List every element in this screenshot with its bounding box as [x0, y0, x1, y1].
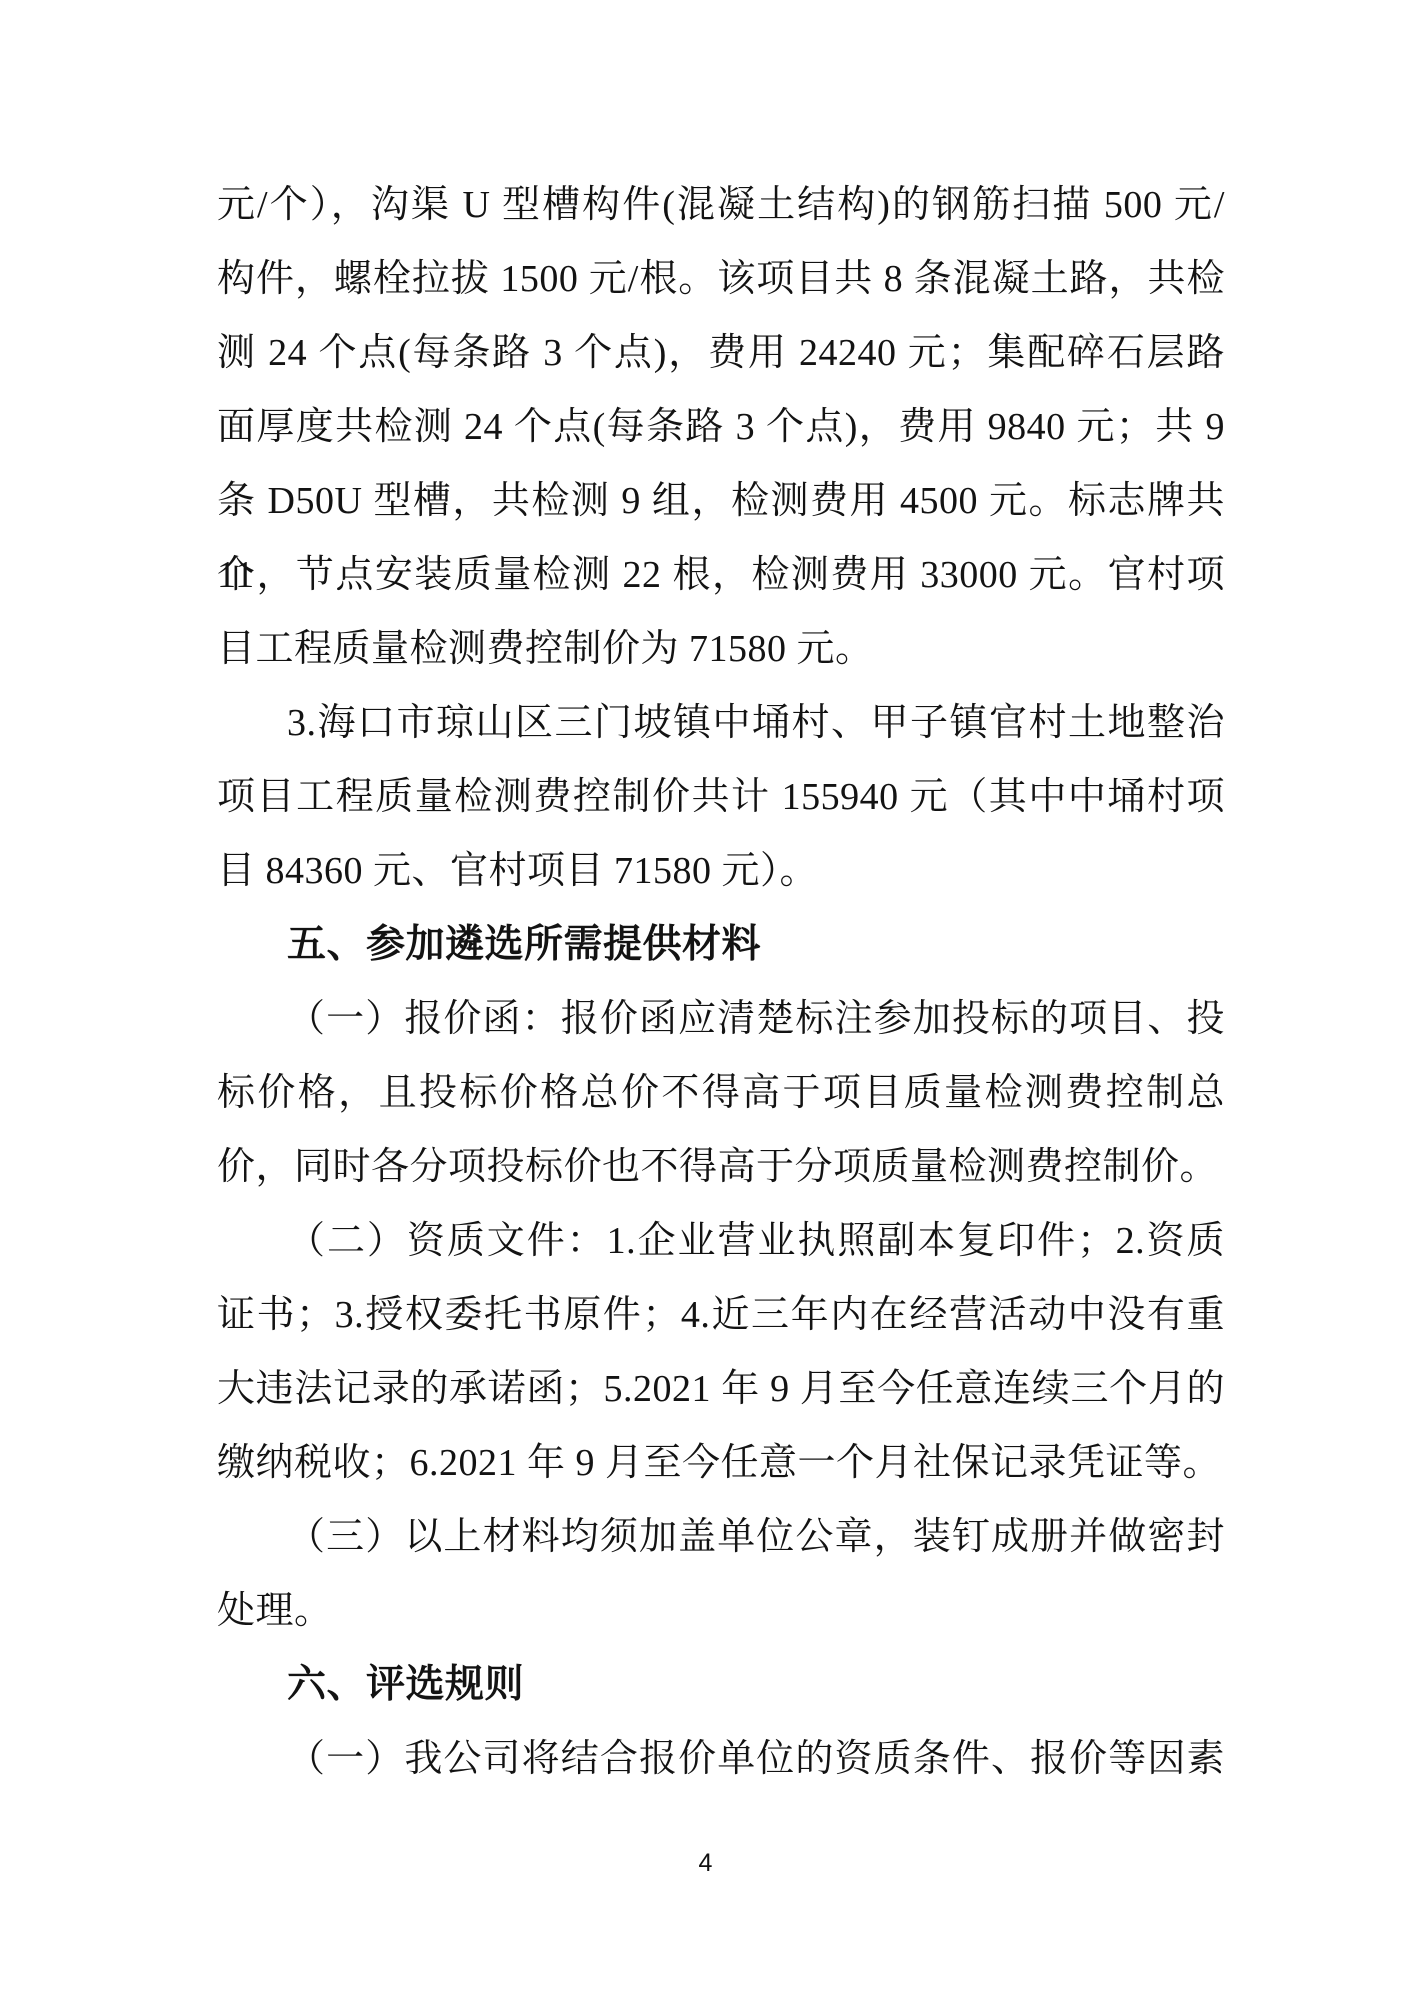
body-line: 大违法记录的承诺函；5.2021 年 9 月至今任意连续三个月的	[217, 1352, 1225, 1426]
body-line: 面厚度共检测 24 个点(每条路 3 个点)，费用 9840 元；共 9	[217, 390, 1225, 464]
document-body: 元/个），沟渠 U 型槽构件(混凝土结构)的钢筋扫描 500 元/ 构件，螺栓拉…	[217, 168, 1225, 1796]
body-line: 项目工程质量检测费控制价共计 155940 元（其中中埇村项	[217, 760, 1225, 834]
document-page: 元/个），沟渠 U 型槽构件(混凝土结构)的钢筋扫描 500 元/ 构件，螺栓拉…	[0, 0, 1411, 1995]
body-line: 元/个），沟渠 U 型槽构件(混凝土结构)的钢筋扫描 500 元/	[217, 168, 1225, 242]
body-line: 条 D50U 型槽，共检测 9 组，检测费用 4500 元。标志牌共 11	[217, 464, 1225, 538]
body-line: （三）以上材料均须加盖单位公章，装钉成册并做密封	[217, 1500, 1225, 1574]
body-line: 处理。	[217, 1574, 1225, 1648]
body-line: 价，同时各分项投标价也不得高于分项质量检测费控制价。	[217, 1130, 1225, 1204]
body-line: 构件，螺栓拉拔 1500 元/根。该项目共 8 条混凝土路，共检	[217, 242, 1225, 316]
body-line: （二）资质文件：1.企业营业执照副本复印件；2.资质	[217, 1204, 1225, 1278]
body-line: 个，节点安装质量检测 22 根，检测费用 33000 元。官村项	[217, 538, 1225, 612]
page-number: 4	[0, 1848, 1411, 1878]
body-line: 目 84360 元、官村项目 71580 元）。	[217, 834, 1225, 908]
body-line: 3.海口市琼山区三门坡镇中埇村、甲子镇官村土地整治	[217, 686, 1225, 760]
body-line: （一）我公司将结合报价单位的资质条件、报价等因素	[217, 1722, 1225, 1796]
body-line: 目工程质量检测费控制价为 71580 元。	[217, 612, 1225, 686]
section-heading: 五、参加遴选所需提供材料	[217, 908, 1225, 982]
section-heading: 六、评选规则	[217, 1648, 1225, 1722]
body-line: （一）报价函：报价函应清楚标注参加投标的项目、投	[217, 982, 1225, 1056]
body-line: 标价格，且投标价格总价不得高于项目质量检测费控制总	[217, 1056, 1225, 1130]
body-line: 证书；3.授权委托书原件；4.近三年内在经营活动中没有重	[217, 1278, 1225, 1352]
body-line: 缴纳税收；6.2021 年 9 月至今任意一个月社保记录凭证等。	[217, 1426, 1225, 1500]
body-line: 测 24 个点(每条路 3 个点)，费用 24240 元；集配碎石层路	[217, 316, 1225, 390]
